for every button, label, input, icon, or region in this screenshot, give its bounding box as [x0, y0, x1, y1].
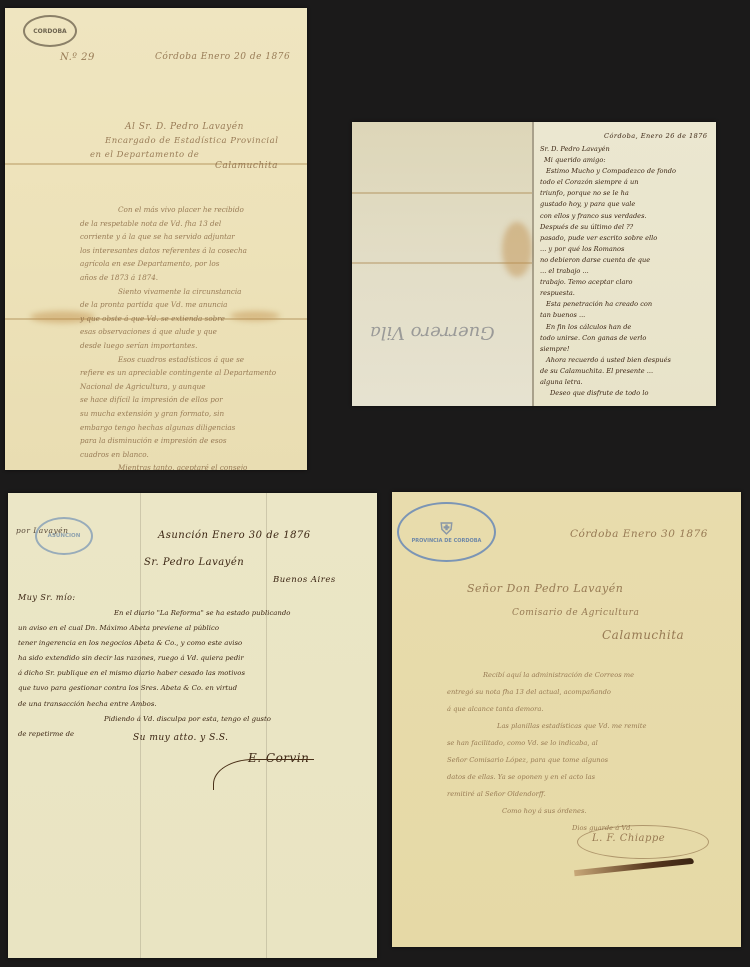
address-line: Calamuchita — [602, 628, 684, 642]
address-line: Al Sr. D. Pedro Lavayén — [125, 122, 244, 132]
address-line: Sr. Pedro Lavayén — [144, 557, 244, 568]
oval-stamp: ASUNCION — [35, 517, 93, 555]
date-line: Córdoba Enero 30 1876 — [570, 528, 708, 540]
address-line: Señor Don Pedro Lavayén — [467, 582, 623, 595]
salutation: Muy Sr. mío: — [18, 593, 76, 602]
letter-body: Con el más vivo placer he recibido de la… — [80, 203, 302, 470]
address-line: Buenos Aires — [273, 575, 336, 585]
signature-flourish — [213, 759, 314, 790]
oval-stamp: CORDOBA — [23, 15, 77, 47]
ink-stroke — [574, 858, 694, 877]
address-line: Encargado de Estadística Provincial — [105, 136, 278, 146]
closing: Su muy atto. y S.S. — [133, 733, 229, 743]
date-line: Asunción Enero 30 de 1876 — [158, 530, 311, 541]
address-line: en el Departamento de — [90, 150, 199, 160]
address-line: Calamuchita — [215, 161, 278, 171]
letter-4: ⛨ PROVINCIA DE CORDOBA Córdoba Enero 30 … — [392, 492, 741, 947]
date-line: Córdoba, Enero 26 de 1876 — [604, 132, 708, 140]
date-line: Córdoba Enero 20 de 1876 — [155, 52, 290, 62]
pencil-note: Guerrero Vila — [370, 322, 495, 343]
letter-number: N.º 29 — [60, 52, 95, 63]
left-page: Guerrero Vila — [352, 122, 532, 406]
address-line: Comisario de Agricultura — [512, 608, 639, 618]
signature-flourish — [577, 825, 709, 859]
letter-body: Recibí aquí la administración de Correos… — [447, 667, 737, 837]
letter-body: Sr. D. Pedro Lavayén Mi querido amigo: E… — [540, 144, 712, 399]
oval-stamp: ⛨ PROVINCIA DE CORDOBA — [397, 502, 496, 562]
coat-of-arms-icon: ⛨ — [440, 520, 452, 538]
letter-body: En el diario "La Reforma" se ha estado p… — [18, 606, 373, 742]
letter-1: CORDOBA N.º 29 Córdoba Enero 20 de 1876 … — [5, 8, 307, 470]
letter-2: Guerrero Vila Córdoba, Enero 26 de 1876 … — [352, 122, 716, 406]
right-page: Córdoba, Enero 26 de 1876 Sr. D. Pedro L… — [534, 122, 716, 406]
letter-3: por Lavayén ASUNCION Asunción Enero 30 d… — [8, 493, 377, 958]
